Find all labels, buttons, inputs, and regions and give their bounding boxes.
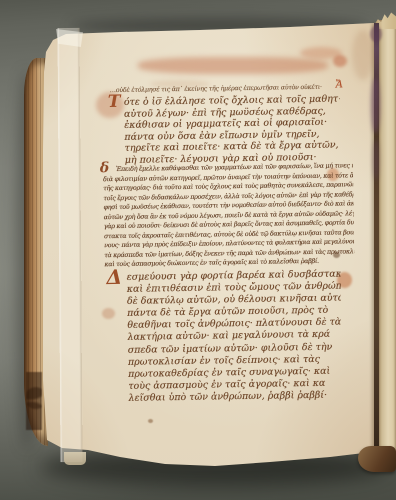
manuscript-photograph: …οὐδὲ ἐτόλμησέ τις ἀπ᾽ ἐκείνης τῆς ἡμέρα… [0, 0, 396, 500]
gospel-text-block-1: ότε ὁ ἰσ̅ ἐλάλησε τοῖς ὄχλοις καὶ τοῖς μ… [124, 93, 341, 166]
marginal-kephalaion-letter: Ἄ [335, 79, 343, 90]
vellum-guard-tab [64, 452, 86, 465]
vellum-guard-strip [57, 28, 82, 462]
commentary-tail-line: …οὐδὲ ἐτόλμησέ τις ἀπ᾽ ἐκείνης τῆς ἡμέρα… [110, 83, 336, 94]
page-curl-bottom-right [358, 446, 396, 472]
initial-letter-gospel-2: Δ [106, 267, 122, 287]
gospel-text-block-2: εσμεύουσι γὰρ φορτία βαρέα καὶ δυσβάστακ… [126, 268, 342, 404]
commentary-block: Ἐπειδὴ ἔμελλε καθάψασθαι τῶν γραμματέων … [103, 161, 355, 270]
initial-letter-gospel-1: Τ [108, 94, 121, 111]
text-line: λεῖσθαι ὑπὸ τῶν ἀνθρώπων, ῥαββὶ ῥαββί· [128, 389, 342, 404]
